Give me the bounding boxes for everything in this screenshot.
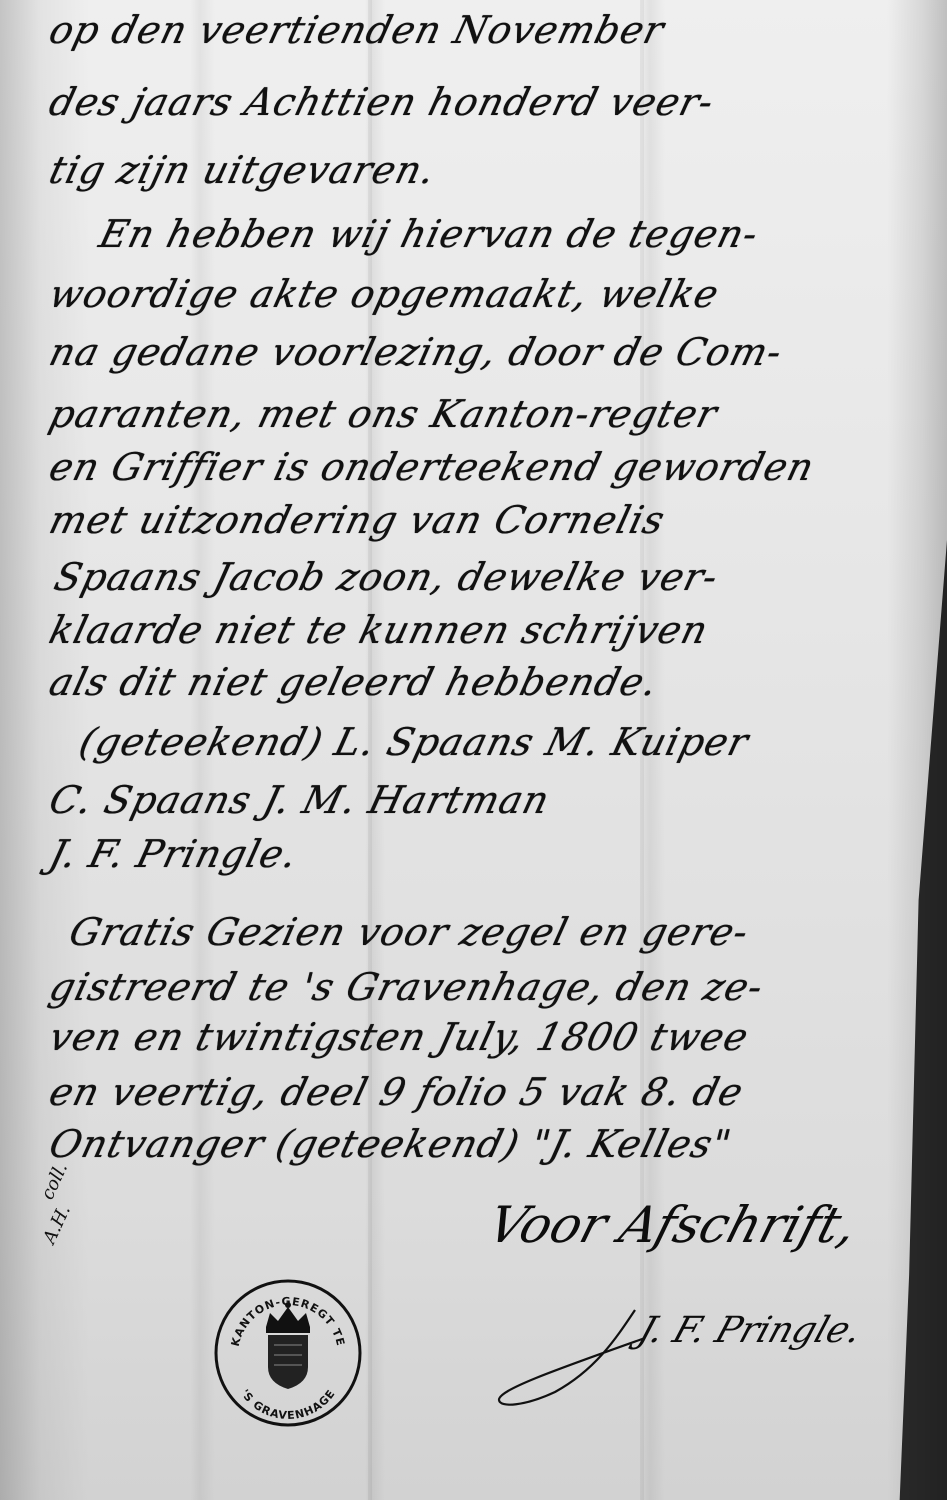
document-body: op den veertienden November des jaars Ac… [0, 0, 947, 1500]
signature: J. F. Pringle. [633, 1310, 867, 1351]
text-line: klaarde niet te kunnen schrijven [45, 608, 713, 652]
text-line: gistreerd te 's Gravenhage, den ze- [45, 965, 768, 1009]
text-line: J. F. Pringle. [45, 832, 302, 876]
text-line: En hebben wij hiervan de tegen- [95, 212, 763, 256]
court-seal-stamp: KANTON-GEREGT TE 'S GRAVENHAGE [210, 1275, 366, 1431]
text-line: en veertig, deel 9 folio 5 vak 8. de [45, 1070, 748, 1114]
text-line: Ontvanger (geteekend) "J. Kelles" [45, 1122, 736, 1166]
text-line: als dit niet geleerd hebbende. [45, 660, 663, 704]
text-line: tig zijn uitgevaren. [45, 148, 440, 192]
text-line: en Griffier is onderteekend geworden [45, 445, 819, 489]
text-line: (geteekend) L. Spaans M. Kuiper [75, 720, 753, 764]
text-line: met uitzondering van Cornelis [45, 498, 670, 542]
text-line: na gedane voorlezing, door de Com- [45, 330, 787, 374]
text-line: C. Spaans J. M. Hartman [45, 778, 554, 822]
seal-icon: KANTON-GEREGT TE 'S GRAVENHAGE [210, 1275, 366, 1431]
margin-note-line: A.H. [39, 1202, 75, 1247]
text-line: op den veertienden November [45, 8, 669, 52]
text-line: Spaans Jacob zoon, dewelke ver- [50, 555, 723, 599]
text-line: Gratis Gezien voor zegel en gere- [65, 910, 754, 954]
text-line: paranten, met ons Kanton-regter [45, 392, 722, 436]
margin-note: coll. A.H. [38, 1168, 108, 1258]
text-line: woordige akte opgemaakt, welke [45, 272, 724, 316]
crown-coat-of-arms-icon [266, 1302, 310, 1389]
text-line: ven en twintigsten July, 1800 twee [45, 1015, 754, 1059]
text-line: des jaars Achttien honderd veer- [45, 80, 719, 124]
closing-phrase: Voor Afschrift, [482, 1196, 864, 1254]
